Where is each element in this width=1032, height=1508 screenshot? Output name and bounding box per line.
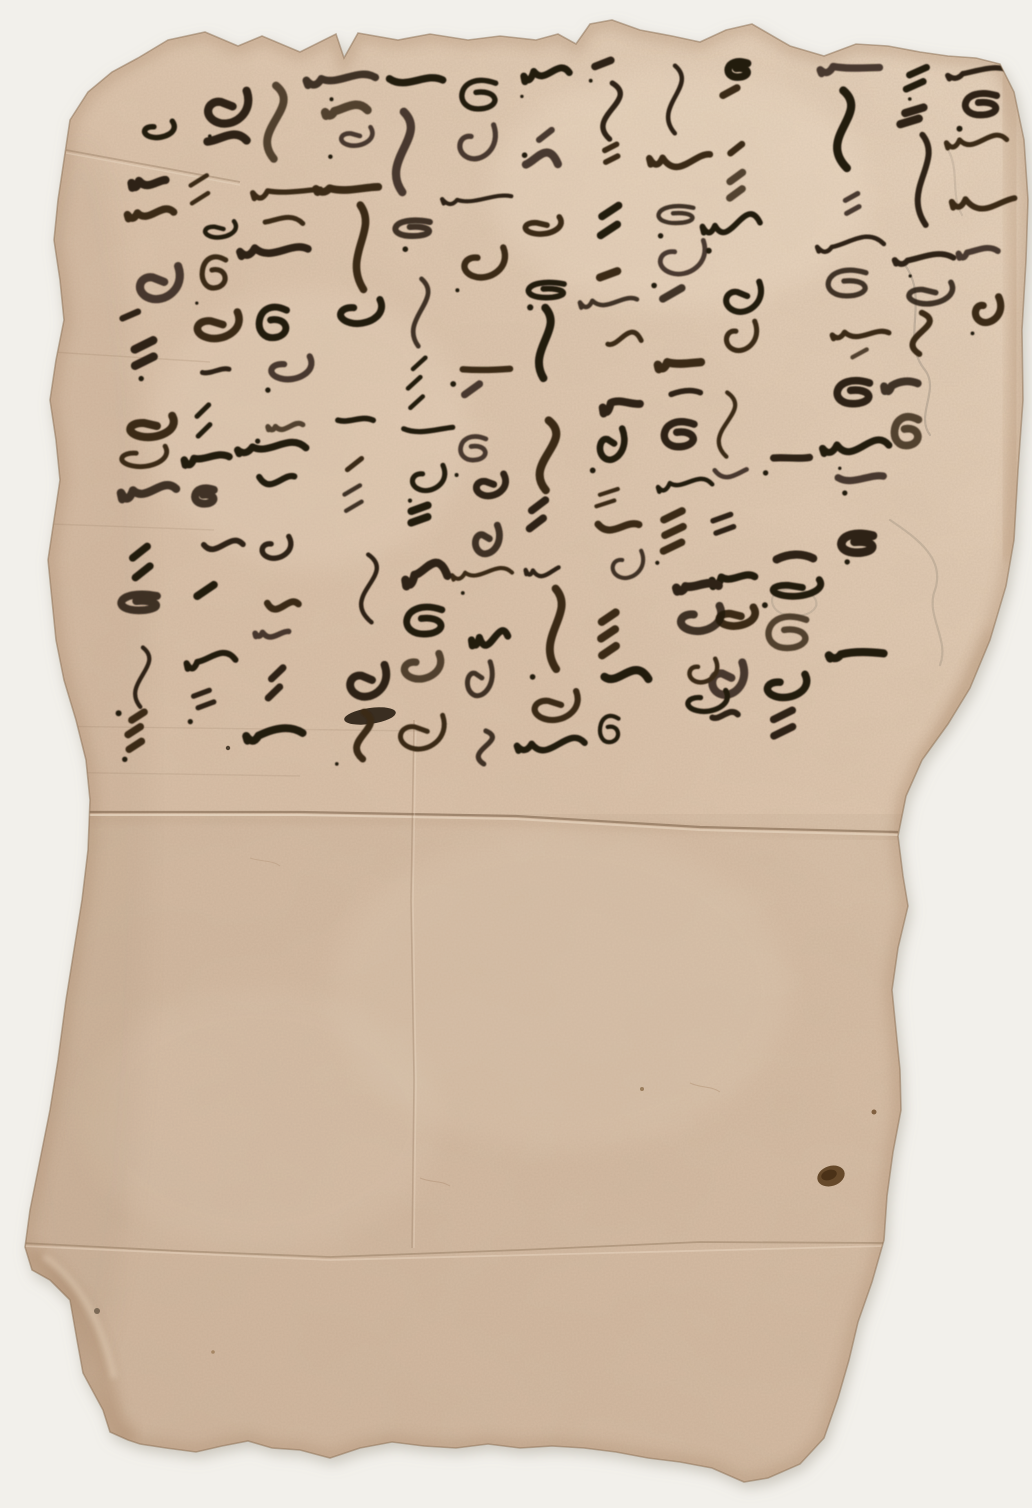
document-scan-canvas: Scanned fragment of a torn handwritten m… xyxy=(0,0,1032,1508)
manuscript-scan: Scanned fragment of a torn handwritten m… xyxy=(0,0,1032,1508)
